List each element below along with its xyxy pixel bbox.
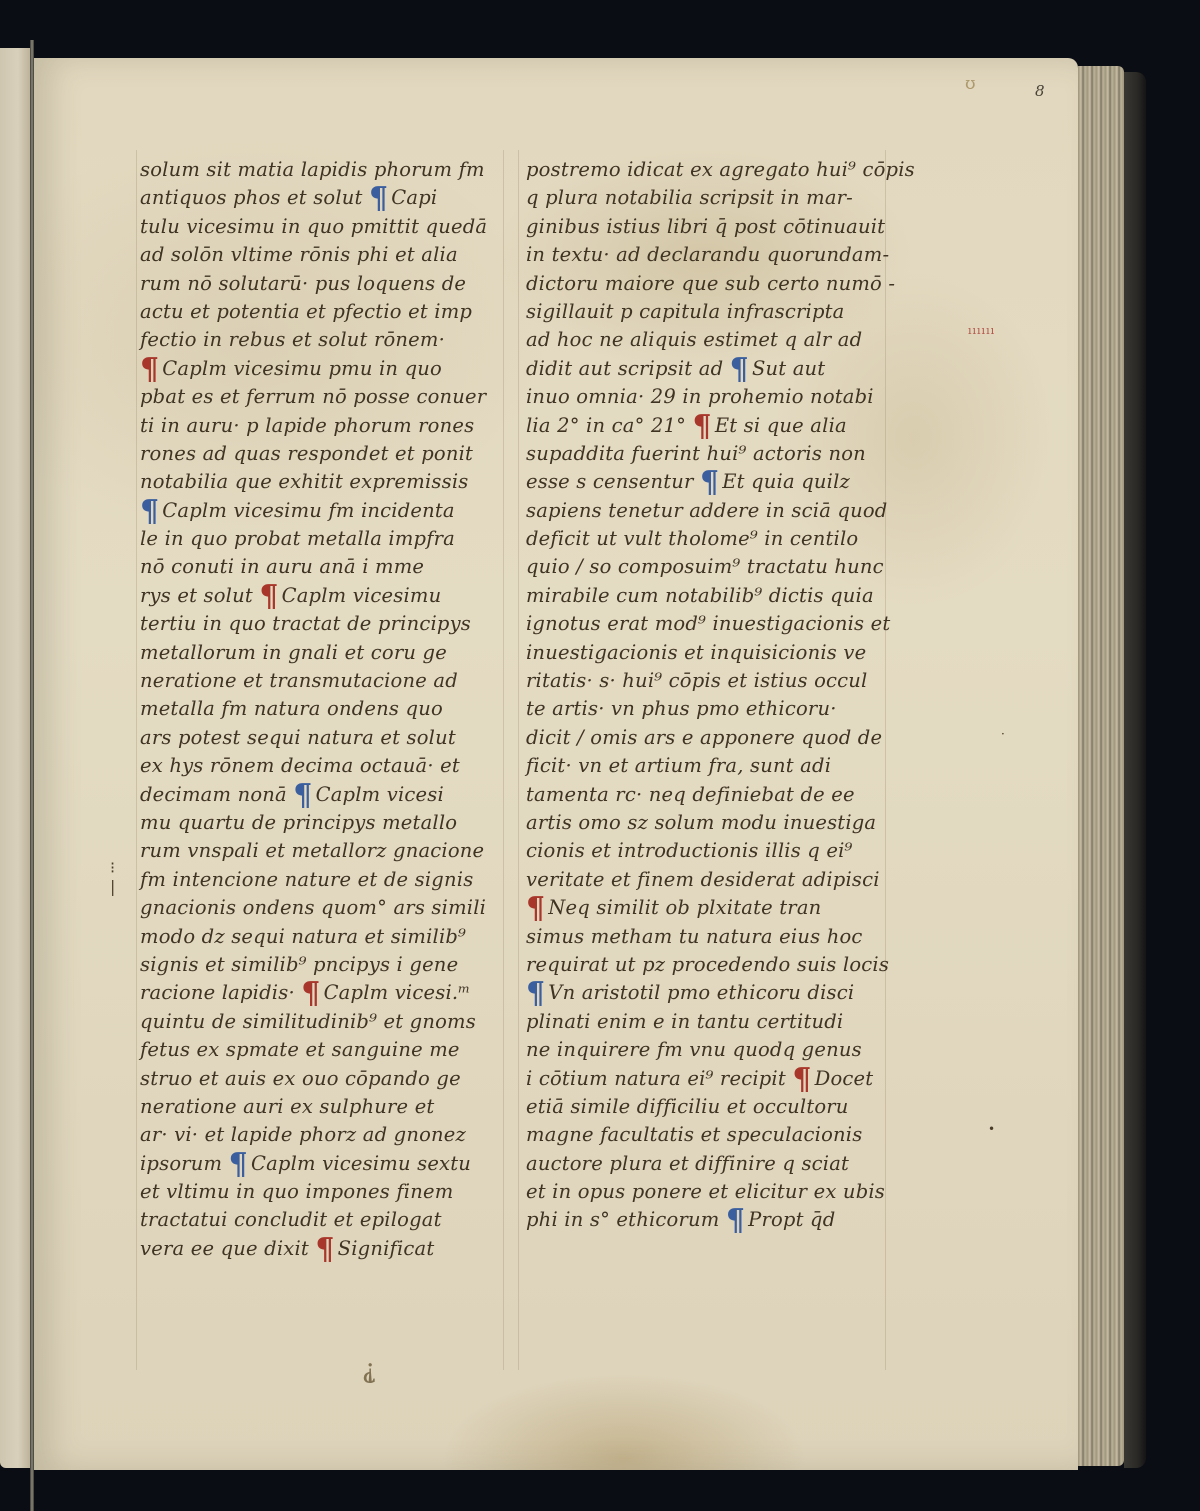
line-text: quio / so composuim⁹ tractatu hunc: [526, 555, 884, 578]
line-text: phi in s° ethicorum: [526, 1208, 719, 1231]
line-text: fetus ex spmate et sanguine me: [140, 1038, 460, 1061]
text-line: fectio in rebus et solut rōnem·: [140, 326, 510, 354]
line-text: esse s censentur: [526, 470, 694, 493]
text-line: ad hoc ne aliquis estimet q alr ad: [526, 326, 886, 354]
line-text: deficit ut vult tholome⁹ in centilo: [526, 527, 858, 550]
line-text: ipsorum: [140, 1152, 222, 1175]
text-line: q plura notabilia scripsit in mar-: [526, 184, 886, 212]
text-line: notabilia que exhitit expremissis: [140, 468, 510, 496]
blue-pilcrow-icon: ¶: [369, 189, 388, 209]
blue-pilcrow-icon: ¶: [726, 1211, 745, 1231]
ink-blot: ⸘: [362, 1355, 376, 1385]
text-line: metalla fm natura ondens quo: [140, 695, 510, 723]
text-line: rones ad quas respondet et ponit: [140, 440, 510, 468]
red-pilcrow-icon: ¶: [140, 360, 159, 380]
line-text: sapiens tenetur addere in sciā quod: [526, 499, 888, 522]
text-column-right: postremo idicat ex agregato hui⁹ cōpisq …: [526, 156, 886, 1235]
line-text: racione lapidis·: [140, 981, 295, 1004]
line-text: requirat ut pz procedendo suis locis: [526, 953, 889, 976]
line-text: ignotus erat mod⁹ inuestigacionis et: [526, 612, 890, 635]
line-text: neratione et transmutacione ad: [140, 669, 458, 692]
line-text: in textu· ad declarandu quorundam-: [526, 243, 889, 266]
line-text: artis omo sz solum modu inuestiga: [526, 811, 876, 834]
text-line: ne inquirere fm vnu quodq genus: [526, 1036, 886, 1064]
rubric-text: Caplm vicesi.ᵐ: [324, 981, 471, 1004]
red-pilcrow-icon: ¶: [526, 899, 545, 919]
text-line: mirabile cum notabilib⁹ dictis quia: [526, 582, 886, 610]
line-text: ar· vi· et lapide phorz ad gnonez: [140, 1123, 466, 1146]
line-text: lia 2° in ca° 21°: [526, 414, 686, 437]
text-line: lia 2° in ca° 21° ¶Et si que alia: [526, 412, 886, 440]
rubric-text: Capi: [391, 186, 437, 209]
text-line: tractatui concludit et epilogat: [140, 1206, 510, 1234]
text-line: fetus ex spmate et sanguine me: [140, 1036, 510, 1064]
red-pilcrow-icon: ¶: [301, 984, 320, 1004]
text-line: le in quo probat metalla impfra: [140, 525, 510, 553]
line-text: simus metham tu natura eius hoc: [526, 925, 863, 948]
line-text: inuo omnia· 29 in prohemio notabi: [526, 385, 874, 408]
rubric-text: Vn aristotil pmo ethicoru disci: [548, 981, 854, 1004]
text-line: sigillauit p capitula infrascripta: [526, 298, 886, 326]
line-text: tractatui concludit et epilogat: [140, 1208, 442, 1231]
folio-number: 8: [1035, 82, 1045, 100]
text-line: auctore plura et diffinire q sciat: [526, 1150, 886, 1178]
line-text: signis et similib⁹ pncipys i gene: [140, 953, 458, 976]
text-line: inuestigacionis et inquisicionis ve: [526, 639, 886, 667]
line-text: etiā simile difficiliu et occultoru: [526, 1095, 849, 1118]
text-line: neratione et transmutacione ad: [140, 667, 510, 695]
text-line: antiquos phos et solut ¶Capi: [140, 184, 510, 212]
line-text: rys et solut: [140, 584, 253, 607]
rubric-text: Sut aut: [752, 357, 825, 380]
text-line: dictoru maiore que sub certo numō -: [526, 270, 886, 298]
red-pilcrow-icon: ¶: [315, 1240, 334, 1260]
rubric-text: Caplm vicesi: [316, 783, 444, 806]
line-text: neratione auri ex sulphure et: [140, 1095, 434, 1118]
line-text: ginibus istius libri q̄ post cōtinuauit: [526, 215, 885, 238]
rubric-text: Significat: [338, 1237, 435, 1260]
line-text: solum sit matia lapidis phorum fm: [140, 158, 485, 181]
text-line: requirat ut pz procedendo suis locis: [526, 951, 886, 979]
line-text: sigillauit p capitula infrascripta: [526, 300, 845, 323]
rubric-text: Et quia quilz: [722, 470, 850, 493]
text-line: nō conuti in auru anā i mme: [140, 553, 510, 581]
text-line: actu et potentia et pfectio et imp: [140, 298, 510, 326]
margin-mark: ⁝|: [110, 858, 115, 896]
text-line: in textu· ad declarandu quorundam-: [526, 241, 886, 269]
text-line: rum nō solutarū· pus loquens de: [140, 270, 510, 298]
line-text: gnacionis ondens quom° ars simili: [140, 896, 486, 919]
text-line: metallorum in gnali et coru ge: [140, 639, 510, 667]
line-text: pbat es et ferrum nō posse conuer: [140, 385, 486, 408]
line-text: i cōtium natura ei⁹ recipit: [526, 1067, 786, 1090]
line-text: ficit· vn et artium fra, sunt adi: [526, 754, 831, 777]
line-text: metallorum in gnali et coru ge: [140, 641, 447, 664]
text-line: solum sit matia lapidis phorum fm: [140, 156, 510, 184]
text-line: ficit· vn et artium fra, sunt adi: [526, 752, 886, 780]
text-line: rys et solut ¶Caplm vicesimu: [140, 582, 510, 610]
line-text: ritatis· s· hui⁹ cōpis et istius occul: [526, 669, 868, 692]
text-line: ¶Caplm vicesimu fm incidenta: [140, 497, 510, 525]
blue-pilcrow-icon: ¶: [730, 360, 749, 380]
line-text: modo dz sequi natura et similib⁹: [140, 925, 466, 948]
text-line: ars potest sequi natura et solut: [140, 724, 510, 752]
line-text: dicit / omis ars e apponere quod de: [526, 726, 882, 749]
line-text: dictoru maiore que sub certo numō -: [526, 272, 895, 295]
text-line: inuo omnia· 29 in prohemio notabi: [526, 383, 886, 411]
line-text: antiquos phos et solut: [140, 186, 363, 209]
text-line: quio / so composuim⁹ tractatu hunc: [526, 553, 886, 581]
line-text: ne inquirere fm vnu quodq genus: [526, 1038, 862, 1061]
line-text: vera ee que dixit: [140, 1237, 309, 1260]
text-line: dicit / omis ars e apponere quod de: [526, 724, 886, 752]
line-text: nō conuti in auru anā i mme: [140, 555, 424, 578]
facing-page-edge: [0, 48, 30, 1468]
speck: ·: [1001, 727, 1005, 741]
rubric-text: Propt q̄d: [748, 1208, 835, 1231]
line-text: decimam nonā: [140, 783, 287, 806]
line-text: tulu vicesimu in quo pmittit quedā: [140, 215, 487, 238]
line-text: veritate et finem desiderat adipisci: [526, 868, 880, 891]
binding-board: [1124, 72, 1146, 1468]
text-line: gnacionis ondens quom° ars simili: [140, 894, 510, 922]
rubric-text: Caplm vicesimu fm incidenta: [162, 499, 454, 522]
text-line: fm intencione nature et de signis: [140, 866, 510, 894]
text-line: ritatis· s· hui⁹ cōpis et istius occul: [526, 667, 886, 695]
line-text: plinati enim e in tantu certitudi: [526, 1010, 843, 1033]
text-line: rum vnspali et metallorz gnacione: [140, 837, 510, 865]
rubric-text: Docet: [815, 1067, 874, 1090]
line-text: rum vnspali et metallorz gnacione: [140, 839, 484, 862]
line-text: actu et potentia et pfectio et imp: [140, 300, 472, 323]
line-text: ars potest sequi natura et solut: [140, 726, 456, 749]
line-text: tertiu in quo tractat de principys: [140, 612, 471, 635]
line-text: notabilia que exhitit expremissis: [140, 470, 468, 493]
text-line: ipsorum ¶Caplm vicesimu sextu: [140, 1150, 510, 1178]
line-text: postremo idicat ex agregato hui⁹ cōpis: [526, 158, 915, 181]
text-line: sapiens tenetur addere in sciā quod: [526, 497, 886, 525]
line-text: inuestigacionis et inquisicionis ve: [526, 641, 866, 664]
text-line: ginibus istius libri q̄ post cōtinuauit: [526, 213, 886, 241]
speck: •: [988, 1122, 995, 1136]
text-line: veritate et finem desiderat adipisci: [526, 866, 886, 894]
rubric-text: Neq similit ob plxitate tran: [548, 896, 821, 919]
text-line: neratione auri ex sulphure et: [140, 1093, 510, 1121]
text-line: ignotus erat mod⁹ inuestigacionis et: [526, 610, 886, 638]
line-text: fectio in rebus et solut rōnem·: [140, 328, 445, 351]
line-text: ti in auru· p lapide phorum rones: [140, 414, 474, 437]
text-line: struo et auis ex ouo cōpando ge: [140, 1065, 510, 1093]
line-text: mu quartu de principys metallo: [140, 811, 457, 834]
margin-note: ıııııı: [968, 324, 995, 337]
text-line: supaddita fuerint hui⁹ actoris non: [526, 440, 886, 468]
line-text: struo et auis ex ouo cōpando ge: [140, 1067, 461, 1090]
text-line: plinati enim e in tantu certitudi: [526, 1008, 886, 1036]
red-pilcrow-icon: ¶: [693, 417, 712, 437]
text-line: decimam nonā ¶Caplm vicesi: [140, 781, 510, 809]
line-text: fm intencione nature et de signis: [140, 868, 473, 891]
rubric-text: Caplm vicesimu pmu in quo: [162, 357, 442, 380]
text-line: etiā simile difficiliu et occultoru: [526, 1093, 886, 1121]
rubric-text: Et si que alia: [715, 414, 847, 437]
text-line: ¶Neq similit ob plxitate tran: [526, 894, 886, 922]
text-line: tertiu in quo tractat de principys: [140, 610, 510, 638]
text-line: i cōtium natura ei⁹ recipit ¶Docet: [526, 1065, 886, 1093]
text-line: didit aut scripsit ad ¶Sut aut: [526, 355, 886, 383]
text-line: tamenta rc· neq definiebat de ee: [526, 781, 886, 809]
line-text: ex hys rōnem decima octauā· et: [140, 754, 460, 777]
text-line: simus metham tu natura eius hoc: [526, 923, 886, 951]
line-text: magne facultatis et speculacionis: [526, 1123, 862, 1146]
text-line: ar· vi· et lapide phorz ad gnonez: [140, 1121, 510, 1149]
line-text: et in opus ponere et elicitur ex ubis: [526, 1180, 885, 1203]
line-text: quintu de similitudinib⁹ et gnoms: [140, 1010, 476, 1033]
text-line: phi in s° ethicorum ¶Propt q̄d: [526, 1206, 886, 1234]
text-line: ad solōn vltime rōnis phi et alia: [140, 241, 510, 269]
text-line: postremo idicat ex agregato hui⁹ cōpis: [526, 156, 886, 184]
text-line: ¶Vn aristotil pmo ethicoru disci: [526, 979, 886, 1007]
blue-pilcrow-icon: ¶: [140, 502, 159, 522]
line-text: le in quo probat metalla impfra: [140, 527, 455, 550]
text-column-left: solum sit matia lapidis phorum fmantiquo…: [140, 156, 510, 1263]
line-text: supaddita fuerint hui⁹ actoris non: [526, 442, 866, 465]
rubric-text: Caplm vicesimu: [282, 584, 442, 607]
text-line: racione lapidis· ¶Caplm vicesi.ᵐ: [140, 979, 510, 1007]
line-text: didit aut scripsit ad: [526, 357, 723, 380]
blue-pilcrow-icon: ¶: [526, 984, 545, 1004]
text-line: artis omo sz solum modu inuestiga: [526, 809, 886, 837]
text-line: modo dz sequi natura et similib⁹: [140, 923, 510, 951]
text-line: ti in auru· p lapide phorum rones: [140, 412, 510, 440]
line-text: rones ad quas respondet et ponit: [140, 442, 473, 465]
line-text: et vltimu in quo impones finem: [140, 1180, 453, 1203]
text-line: ¶Caplm vicesimu pmu in quo: [140, 355, 510, 383]
corner-stain-mark: ʊ: [965, 74, 976, 94]
blue-pilcrow-icon: ¶: [229, 1155, 248, 1175]
text-line: cionis et introductionis illis q ei⁹: [526, 837, 886, 865]
line-text: q plura notabilia scripsit in mar-: [526, 186, 853, 209]
text-line: esse s censentur ¶Et quia quilz: [526, 468, 886, 496]
rubric-text: Caplm vicesimu sextu: [251, 1152, 471, 1175]
text-line: mu quartu de principys metallo: [140, 809, 510, 837]
fore-edge-pages: [1078, 66, 1124, 1466]
line-text: auctore plura et diffinire q sciat: [526, 1152, 849, 1175]
blue-pilcrow-icon: ¶: [700, 473, 719, 493]
line-text: metalla fm natura ondens quo: [140, 697, 443, 720]
text-line: deficit ut vult tholome⁹ in centilo: [526, 525, 886, 553]
blue-pilcrow-icon: ¶: [293, 786, 312, 806]
red-pilcrow-icon: ¶: [259, 587, 278, 607]
text-line: et vltimu in quo impones finem: [140, 1178, 510, 1206]
text-line: signis et similib⁹ pncipys i gene: [140, 951, 510, 979]
text-line: tulu vicesimu in quo pmittit quedā: [140, 213, 510, 241]
text-line: magne facultatis et speculacionis: [526, 1121, 886, 1149]
text-line: te artis· vn phus pmo ethicoru·: [526, 695, 886, 723]
line-text: ad solōn vltime rōnis phi et alia: [140, 243, 458, 266]
red-pilcrow-icon: ¶: [792, 1070, 811, 1090]
line-text: cionis et introductionis illis q ei⁹: [526, 839, 853, 862]
text-line: pbat es et ferrum nō posse conuer: [140, 383, 510, 411]
line-text: te artis· vn phus pmo ethicoru·: [526, 697, 837, 720]
text-line: ex hys rōnem decima octauā· et: [140, 752, 510, 780]
text-line: vera ee que dixit ¶Significat: [140, 1235, 510, 1263]
line-text: tamenta rc· neq definiebat de ee: [526, 783, 855, 806]
line-text: ad hoc ne aliquis estimet q alr ad: [526, 328, 862, 351]
text-line: et in opus ponere et elicitur ex ubis: [526, 1178, 886, 1206]
line-text: mirabile cum notabilib⁹ dictis quia: [526, 584, 874, 607]
text-line: quintu de similitudinib⁹ et gnoms: [140, 1008, 510, 1036]
line-text: rum nō solutarū· pus loquens de: [140, 272, 466, 295]
